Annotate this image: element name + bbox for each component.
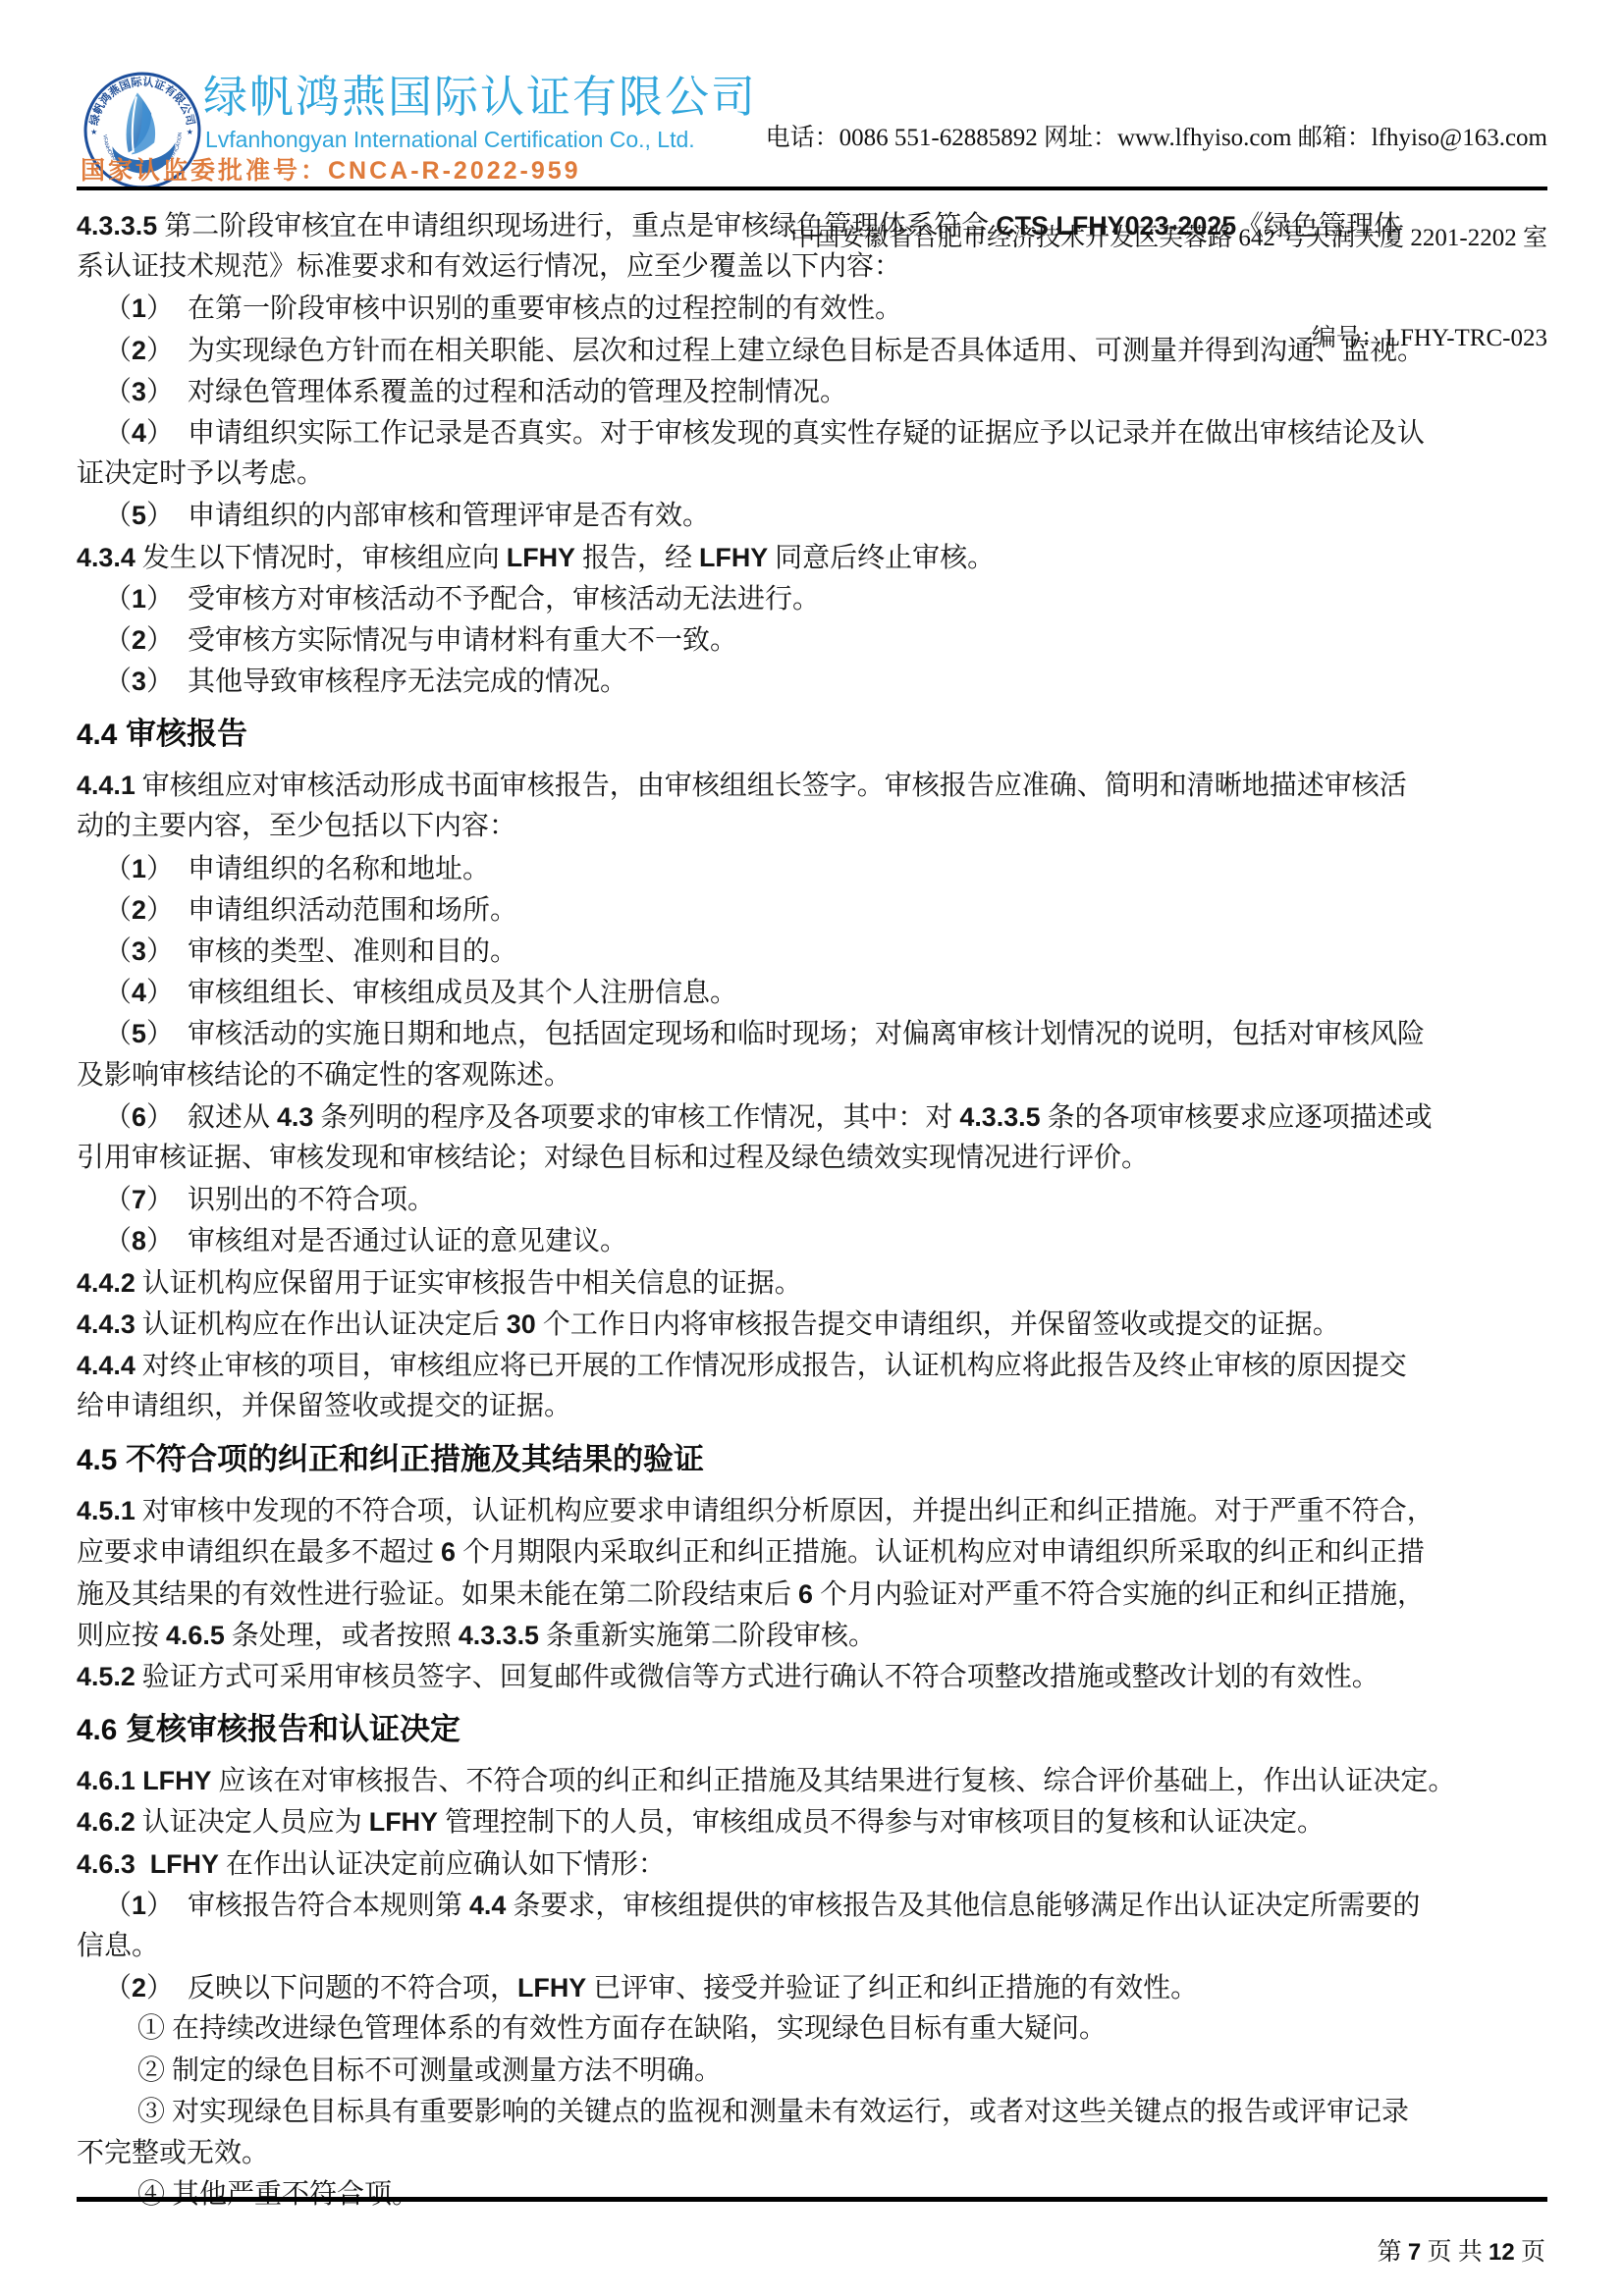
section-heading: 4.6 复核审核报告和认证决定 (77, 1697, 1547, 1760)
text-line: 信息。 (77, 1926, 1547, 1967)
text-line: 系认证技术规范》标准要求和有效运行情况，应至少覆盖以下内容： (77, 246, 1547, 288)
company-name-en: Lvfanhongyan International Certification… (205, 127, 695, 152)
text-line: 4.4.4 对终止审核的项目，审核组应将已开展的工作情况形成报告，认证机构应将此… (77, 1345, 1547, 1386)
text-line: 4.6.1 LFHY 应该在对审核报告、不符合项的纠正和纠正措施及其结果进行复核… (77, 1760, 1547, 1801)
text-line: （3） 其他导致审核程序无法完成的情况。 (77, 661, 1547, 702)
text-line: （2） 反映以下问题的不符合项，LFHY 已评审、接受并验证了纠正和纠正措施的有… (77, 1967, 1547, 2008)
document-body: 4.3.3.5 第二阶段审核宜在申请组织现场进行，重点是审核绿色管理体系符合 C… (77, 205, 1547, 2216)
header-divider (77, 187, 1547, 190)
company-name-cn: 绿帆鸿燕国际认证有限公司 (203, 73, 757, 122)
text-line: （4） 申请组织实际工作记录是否真实。对于审核发现的真实性存疑的证据应予以记录并… (77, 412, 1547, 454)
page-number-text: 第 7 页 共 12 页 (1378, 2239, 1545, 2266)
text-line: （2） 受审核方实际情况与申请材料有重大不一致。 (77, 619, 1547, 661)
text-line: 及影响审核结论的不确定性的客观陈述。 (77, 1055, 1547, 1096)
page-number: 第 7 页 共 12 页 (1353, 2209, 1545, 2296)
text-line: （1） 申请组织的名称和地址。 (77, 848, 1547, 889)
text-line: 4.5.2 验证方式可采用审核员签字、回复邮件或微信等方式进行确认不符合项整改措… (77, 1656, 1547, 1697)
text-line: （2） 申请组织活动范围和场所。 (77, 889, 1547, 931)
text-line: 4.3.4 发生以下情况时，审核组应向 LFHY 报告，经 LFHY 同意后终止… (77, 537, 1547, 578)
text-line: 引用审核证据、审核发现和审核结论；对绿色目标和过程及绿色绩效实现情况进行评价。 (77, 1138, 1547, 1179)
logo-star-right-icon: ★ (187, 128, 193, 136)
approval-number: 国家认监委批准号：CNCA-R-2022-959 (81, 157, 581, 185)
text-line: （1） 受审核方对审核活动不予配合，审核活动无法进行。 (77, 578, 1547, 619)
text-line: （6） 叙述从 4.3 条列明的程序及各项要求的审核工作情况，其中：对 4.3.… (77, 1096, 1547, 1138)
text-line: 给申请组织，并保留签收或提交的证据。 (77, 1386, 1547, 1427)
section-heading: 4.4 审核报告 (77, 702, 1547, 765)
text-line: 4.6.3 LFHY 在作出认证决定前应确认如下情形： (77, 1843, 1547, 1885)
text-line: 4.5.1 对审核中发现的不符合项，认证机构应要求申请组织分析原因，并提出纠正和… (77, 1490, 1547, 1531)
text-line: 4.6.2 认证决定人员应为 LFHY 管理控制下的人员，审核组成员不得参与对审… (77, 1801, 1547, 1842)
text-line: ④ 其他严重不符合项。 (77, 2174, 1547, 2216)
text-line: 应要求申请组织在最多不超过 6 个月期限内采取纠正和纠正措施。认证机构应对申请组… (77, 1531, 1547, 1573)
text-line: （5） 申请组织的内部审核和管理评审是否有效。 (77, 495, 1547, 536)
footer-divider (77, 2197, 1547, 2202)
text-line: （1） 审核报告符合本规则第 4.4 条要求，审核组提供的审核报告及其他信息能够… (77, 1885, 1547, 1926)
text-line: ② 制定的绿色目标不可测量或测量方法不明确。 (77, 2051, 1547, 2092)
text-line: 则应按 4.6.5 条处理，或者按照 4.3.3.5 条重新实施第二阶段审核。 (77, 1615, 1547, 1656)
text-line: （7） 识别出的不符合项。 (77, 1179, 1547, 1220)
section-heading: 4.5 不符合项的纠正和纠正措施及其结果的验证 (77, 1427, 1547, 1490)
text-line: （2） 为实现绿色方针而在相关职能、层次和过程上建立绿色目标是否具体适用、可测量… (77, 330, 1547, 371)
text-line: （8） 审核组对是否通过认证的意见建议。 (77, 1220, 1547, 1261)
document-page: 绿帆鸿燕国际认证有限公司 LVFANHONGYAN INTERNATIONAL … (0, 0, 1624, 2296)
text-line: ③ 对实现绿色目标具有重要影响的关键点的监视和测量未有效运行，或者对这些关键点的… (77, 2092, 1547, 2133)
text-line: 证决定时予以考虑。 (77, 454, 1547, 495)
text-line: （5） 审核活动的实施日期和地点，包括固定现场和临时现场；对偏离审核计划情况的说… (77, 1013, 1547, 1054)
text-line: ① 在持续改进绿色管理体系的有效性方面存在缺陷，实现绿色目标有重大疑问。 (77, 2008, 1547, 2050)
text-line: 施及其结果的有效性进行验证。如果未能在第二阶段结束后 6 个月内验证对严重不符合… (77, 1574, 1547, 1615)
text-line: （3） 对绿色管理体系覆盖的过程和活动的管理及控制情况。 (77, 371, 1547, 412)
logo-star-left-icon: ★ (90, 128, 97, 136)
text-line: 4.4.2 认证机构应保留用于证实审核报告中相关信息的证据。 (77, 1262, 1547, 1304)
text-line: 动的主要内容，至少包括以下内容： (77, 806, 1547, 847)
text-line: （4） 审核组组长、审核组成员及其个人注册信息。 (77, 972, 1547, 1013)
text-line: （1） 在第一阶段审核中识别的重要审核点的过程控制的有效性。 (77, 288, 1547, 329)
text-line: 4.3.3.5 第二阶段审核宜在申请组织现场进行，重点是审核绿色管理体系符合 C… (77, 205, 1547, 246)
text-line: 4.4.1 审核组应对审核活动形成书面审核报告，由审核组组长签字。审核报告应准确… (77, 765, 1547, 806)
contact-line: 电话：0086 551-62885892 网址：www.lfhyiso.com … (766, 122, 1547, 155)
text-line: 不完整或无效。 (77, 2133, 1547, 2174)
text-line: 4.4.3 认证机构应在作出认证决定后 30 个工作日内将审核报告提交申请组织，… (77, 1304, 1547, 1345)
text-line: （3） 审核的类型、准则和目的。 (77, 931, 1547, 972)
